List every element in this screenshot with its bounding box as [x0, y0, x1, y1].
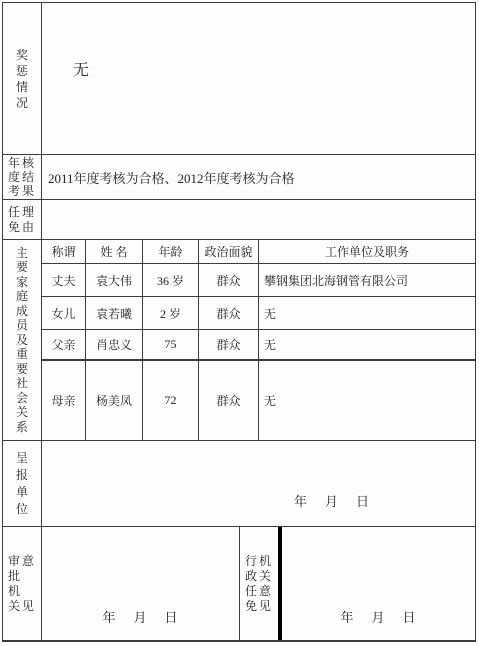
work-unit-cell: 攀钢集团北海钢管有限公司: [259, 264, 475, 296]
row-appointment-reason: 任理 免由: [3, 200, 475, 240]
assessment-label-cell: 年核 度结 考果: [3, 155, 42, 199]
row-reporting-unit: 呈报单位 年 月 日: [3, 441, 475, 527]
family-row-father: 父亲 肖忠义 75 群众 无: [42, 330, 475, 361]
appointment-reason-value: [42, 200, 475, 239]
work-unit-cell: 无: [259, 361, 475, 440]
family-row-daughter: 女儿 袁若曦 2 岁 群众 无: [42, 297, 475, 330]
admin-appointment-authority-opinion-cell: 年 月 日: [282, 527, 475, 640]
reporting-unit-label-cell: 呈报单位: [3, 441, 42, 526]
appointment-reason-label-cell: 任理 免由: [3, 200, 42, 239]
relation-cell: 父亲: [42, 330, 86, 359]
work-unit-cell: 无: [259, 297, 475, 329]
rewards-value: 无: [42, 3, 475, 80]
rewards-content-cell: 无: [42, 3, 475, 154]
age-cell: 36 岁: [143, 264, 199, 296]
family-col-work-unit: 工作单位及职务: [259, 240, 475, 263]
appointment-reason-label: 任理 免由: [8, 205, 36, 235]
family-label: 主要家庭成员及重要社会关系: [15, 246, 29, 435]
age-cell: 72: [143, 361, 199, 440]
row-rewards-punishments: 奖惩情况 无: [3, 3, 475, 155]
admin-appointment-authority-label-cell: 行机 政关 任意 免见: [240, 527, 282, 640]
approval-authority-date-line: 年 月 日: [42, 607, 239, 626]
relation-cell: 女儿: [42, 297, 86, 329]
row-family-members: 主要家庭成员及重要社会关系 称谓 姓 名 年龄 政治面貌 工作单位及职务 丈夫 …: [3, 240, 475, 441]
assessment-value: 2011年度考核为合格、2012年度考核为合格: [42, 155, 475, 199]
relation-cell: 母亲: [42, 361, 86, 440]
politics-cell: 群众: [199, 297, 259, 329]
assessment-label: 年核 度结 考果: [8, 156, 36, 198]
work-unit-cell: 无: [259, 330, 475, 359]
reporting-unit-date-line: 年 月 日: [294, 491, 370, 510]
reporting-unit-label: 呈报单位: [15, 450, 29, 518]
row-annual-assessment: 年核 度结 考果 2011年度考核为合格、2012年度考核为合格: [3, 155, 475, 200]
age-cell: 75: [143, 330, 199, 359]
name-cell: 肖忠义: [86, 330, 143, 359]
family-col-name: 姓 名: [86, 240, 143, 263]
approval-authority-label-cell: 审意 批 机 关见: [3, 527, 42, 640]
family-table: 称谓 姓 名 年龄 政治面貌 工作单位及职务 丈夫 袁大伟 36 岁 群众 攀钢…: [42, 240, 475, 440]
family-col-relation: 称谓: [42, 240, 86, 263]
family-row-husband: 丈夫 袁大伟 36 岁 群众 攀钢集团北海钢管有限公司: [42, 264, 475, 297]
family-row-mother: 母亲 杨美凤 72 群众 无: [42, 361, 475, 440]
family-table-header: 称谓 姓 名 年龄 政治面貌 工作单位及职务: [42, 240, 475, 264]
rewards-label: 奖惩情况: [15, 47, 29, 111]
family-col-age: 年龄: [143, 240, 199, 263]
name-cell: 袁若曦: [86, 297, 143, 329]
politics-cell: 群众: [199, 264, 259, 296]
row-approval-opinions: 审意 批 机 关见 年 月 日 行机 政关 任意 免见 年 月 日: [3, 527, 475, 640]
name-cell: 袁大伟: [86, 264, 143, 296]
politics-cell: 群众: [199, 361, 259, 440]
family-col-politics: 政治面貌: [199, 240, 259, 263]
appointment-approval-form: 奖惩情况 无 年核 度结 考果 2011年度考核为合格、2012年度考核为合格 …: [2, 2, 476, 642]
reporting-unit-content-cell: 年 月 日: [42, 441, 475, 526]
approval-authority-label: 审意 批 机 关见: [8, 554, 36, 614]
name-cell: 杨美凤: [86, 361, 143, 440]
family-label-cell: 主要家庭成员及重要社会关系: [3, 240, 42, 440]
age-cell: 2 岁: [143, 297, 199, 329]
approval-authority-opinion-cell: 年 月 日: [42, 527, 240, 640]
rewards-label-cell: 奖惩情况: [3, 3, 42, 154]
admin-appointment-authority-date-line: 年 月 日: [282, 607, 475, 626]
admin-appointment-authority-label: 行机 政关 任意 免见: [245, 554, 273, 614]
politics-cell: 群众: [199, 330, 259, 359]
relation-cell: 丈夫: [42, 264, 86, 296]
